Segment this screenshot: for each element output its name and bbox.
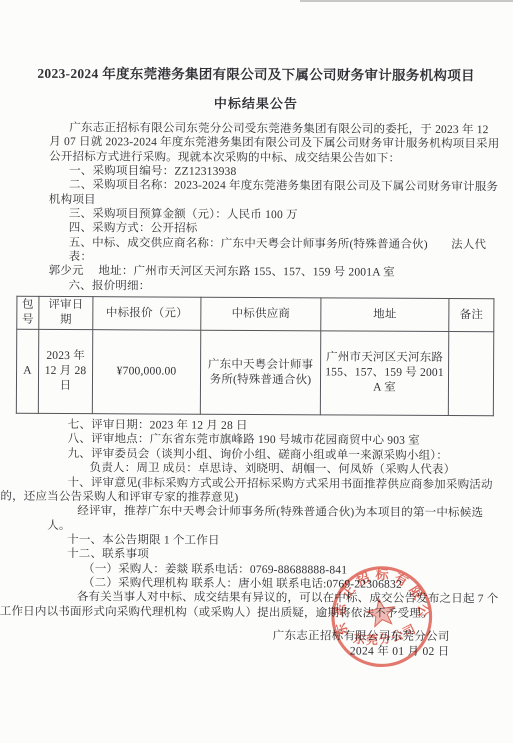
quote-table-cell: ¥700,000.00	[92, 330, 200, 415]
quote-table-cell: A	[16, 329, 38, 413]
quote-table-header-cell: 备注	[449, 299, 494, 332]
signature-date: 2024 年 01 月 02 日	[47, 643, 450, 661]
quote-table-cell: 2023 年 12 月 28 日	[38, 329, 92, 413]
document-body: 广东志正招标有限公司东莞分公司受东莞港务集团有限公司的委托，于 2023 年 1…	[47, 121, 505, 661]
text-line: 二、采购项目名称：2023-2024 年度东莞港务集团有限公司及下属公司财务审计…	[49, 178, 504, 195]
title-block: 2023-2024 年度东莞港务集团有限公司及下属公司财务审计服务机构项目 中标…	[0, 0, 513, 112]
quote-table-header-cell: 包号	[17, 296, 39, 329]
paragraphs-after-table: 七、评审日期：2023 年 12 月 28 日八、评审地点：广东省东莞市旗峰路 …	[47, 418, 503, 621]
quote-table-header-cell: 中标报价（元）	[93, 297, 201, 331]
quote-table-body: A2023 年 12 月 28 日¥700,000.00广东中天粤会计师事务所(…	[16, 329, 493, 415]
text-line: 五、中标、成交供应商名称：广东中天粤会计师事务所(特殊普通合伙) 法人代表：	[49, 236, 504, 267]
document-title-line1: 2023-2024 年度东莞港务集团有限公司及下属公司财务审计服务机构项目	[0, 65, 513, 86]
text-line: 工作日内以书面形式向采购代理机构（或采购人）提出质疑，逾期将依法不予受理。	[0, 604, 502, 621]
paragraphs-before-table: 广东志正招标有限公司东莞分公司受东莞港务集团有限公司的委托，于 2023 年 1…	[48, 121, 504, 296]
quote-table-header-cell: 中标供应商	[201, 297, 321, 331]
quote-table-header-row: 包号评审日期中标报价（元）中标供应商地址备注	[17, 296, 494, 331]
signature-block: 广东志正招标有限公司东莞分公司 2024 年 01 月 02 日	[47, 628, 502, 661]
text-line: 的，还应当公告采购人和评审专家的推荐意见)	[0, 490, 502, 507]
quote-table-cell	[448, 332, 493, 416]
quote-table-cell: 广东中天粤会计师事务所(特殊普通合伙)	[200, 330, 320, 415]
text-line: 六、报价明细：	[48, 279, 503, 296]
quote-table-header-cell: 地址	[321, 298, 449, 332]
text-line: 经评审，推荐广东中天粤会计师事务所(特殊普通合伙)为本项目的第一中标候选	[47, 504, 502, 521]
document-page: 2023-2024 年度东莞港务集团有限公司及下属公司财务审计服务机构项目 中标…	[0, 0, 513, 743]
quote-table-header-cell: 评审日期	[39, 296, 93, 329]
announcement-document: 2023-2024 年度东莞港务集团有限公司及下属公司财务审计服务机构项目 中标…	[0, 0, 513, 661]
table-row: A2023 年 12 月 28 日¥700,000.00广东中天粤会计师事务所(…	[16, 329, 493, 415]
quote-table-cell: 广州市天河区天河东路 155、157、159 号 2001A 室	[320, 331, 448, 416]
document-title-line2: 中标结果公告	[0, 96, 512, 113]
quote-detail-table: 包号评审日期中标报价（元）中标供应商地址备注 A2023 年 12 月 28 日…	[16, 296, 495, 417]
